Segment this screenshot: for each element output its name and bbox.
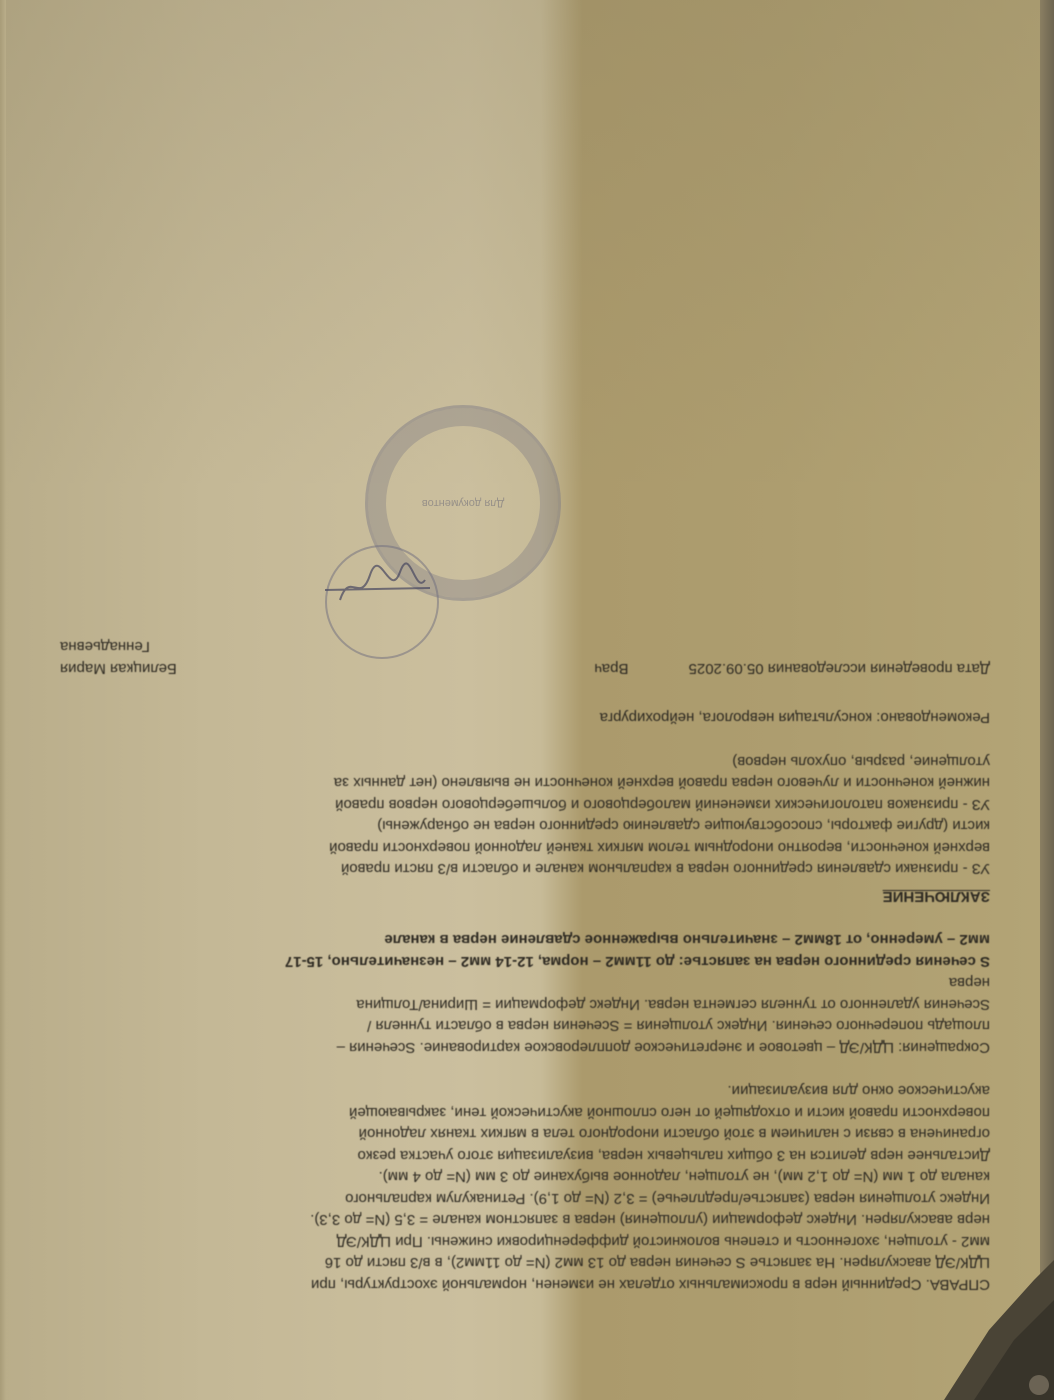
conclusion-line: утолщение, разрыв, опухоль нервов) <box>60 751 990 773</box>
dark-object-corner <box>944 1260 1054 1400</box>
paper-left-edge <box>0 0 6 1400</box>
exam-date: Дата проведения исследования 05.09.2025 <box>689 658 990 680</box>
findings-line: поверхности правой кисти и отходящей от … <box>60 1102 990 1124</box>
abbreviation-line: мм2 – умеренно, от 18мм2 – значительно в… <box>60 929 990 951</box>
doctor-name: Белицкая Мария <box>60 658 177 680</box>
recommendation: Рекомендовано: консультация невролога, н… <box>60 707 990 729</box>
abbreviation-line: Sсечения удаленного от туннеля сегмента … <box>60 994 990 1016</box>
findings-section: СПРАВА. Срединный нерв в проксимальных о… <box>60 1080 990 1295</box>
findings-line: ограничена в связи с наличием в этой обл… <box>60 1123 990 1145</box>
stamp-text: Для документов <box>422 496 504 510</box>
abbreviation-line: нерва <box>60 972 990 994</box>
conclusion-line: нижней конечности и лучевого нерва право… <box>60 772 990 794</box>
findings-line: ЦДК/ЭД аваскулярен. На запястье S сечени… <box>60 1252 990 1274</box>
conclusion-line: кисти (другие факторы, способствующие сд… <box>60 815 990 837</box>
paper-right-edge <box>1040 0 1054 1400</box>
document-body: СПРАВА. Срединный нерв в проксимальных о… <box>60 545 990 1295</box>
findings-line: канала до 1 мм (N= до 1,2 мм), не утолще… <box>60 1166 990 1188</box>
conclusion-line: УЗ - признаков патологических изменений … <box>60 794 990 816</box>
conclusion-line: верхней конечности, вероятно инородным т… <box>60 837 990 859</box>
findings-line: Дистальнее нерв делится на 3 общих пальц… <box>60 1145 990 1167</box>
conclusion-line: УЗ - признаки сдавления срединного нерва… <box>60 858 990 880</box>
abbreviation-line: площадь поперечного сечения. Индекс утол… <box>60 1015 990 1037</box>
doctor-label: Врач <box>594 658 628 680</box>
abbreviations-section: Сокращения: ЦДК/ЭД – цветовое и энергети… <box>60 929 990 1058</box>
findings-line: нерв аваскулярен. Индекс деформации (упл… <box>60 1209 990 1231</box>
findings-line: СПРАВА. Срединный нерв в проксимальных о… <box>60 1274 990 1296</box>
abbreviation-line: Сокращения: ЦДК/ЭД – цветовое и энергети… <box>60 1037 990 1059</box>
conclusion-section: УЗ - признаки сдавления срединного нерва… <box>60 751 990 880</box>
findings-line: акустическое окно для визуализации. <box>60 1080 990 1102</box>
signature-row: Дата проведения исследования 05.09.2025 … <box>60 658 990 680</box>
abbreviation-line: S сечения срединного нерва на запястье: … <box>60 951 990 973</box>
doctor-patronymic: Геннадьевна <box>60 636 990 658</box>
findings-line: мм2 - утолщен, эхогенность и степень вол… <box>60 1231 990 1253</box>
conclusion-heading: ЗАКЛЮЧЕНИЕ <box>60 886 990 908</box>
findings-line: Индекс утолщения нерва (запястье/предпле… <box>60 1188 990 1210</box>
